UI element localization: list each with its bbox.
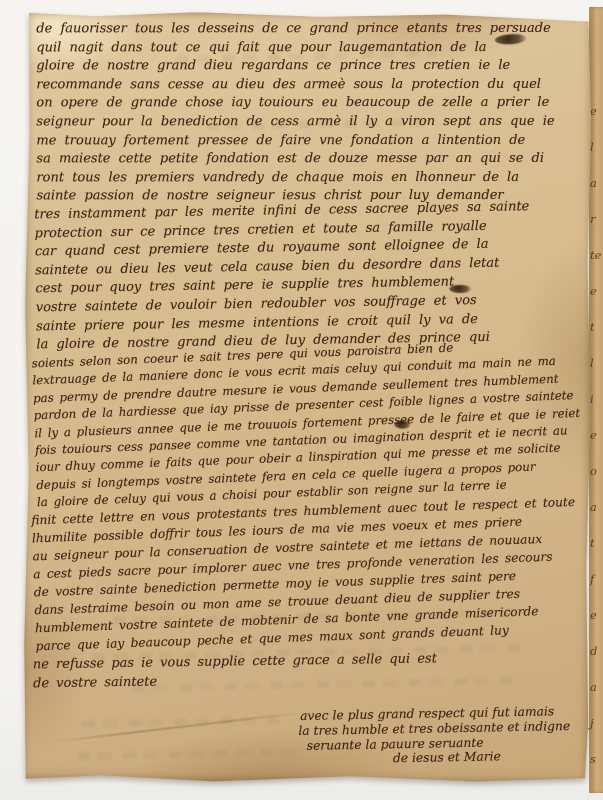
letter-closing-signature: avec le plus grand respect qui fut iamai…	[300, 704, 571, 768]
adjacent-page-text-fragments: e l a r te e t l i e o a t f e d a j s	[590, 93, 601, 777]
letter-paragraph-block: soients selon son coeur ie sait tres per…	[31, 334, 592, 511]
ink-blot	[394, 421, 410, 429]
letter-page: de fauorisser tous les desseins de ce gr…	[22, 11, 593, 783]
letter-paragraph-block: de fauorisser tous les desseins de ce gr…	[36, 20, 592, 206]
letter-paragraph-block: ne refusse pas ie vous supplie cette gra…	[33, 647, 590, 693]
manuscript-line: gloire de nostre grand dieu regardans ce…	[36, 57, 592, 76]
manuscript-line: seigneur pour la benediction de cess arm…	[36, 113, 592, 132]
letter-paragraph-block: finit cette lettre en vous protestants t…	[31, 493, 592, 656]
ink-blot	[449, 285, 471, 293]
ink-bleedthrough	[77, 748, 307, 760]
manuscript-line: recommande sans cesse au dieu des armeè …	[36, 76, 592, 95]
manuscript-scan: e l a r te e t l i e o a t f e d a j s d…	[0, 0, 603, 800]
manuscript-line: sa maieste cette petite fondation est de…	[36, 150, 592, 169]
letter-body: de fauorisser tous les desseins de ce gr…	[23, 11, 593, 697]
manuscript-line: ront tous les premiers vandredy de chaqu…	[36, 169, 592, 188]
letter-paragraph-block: tres instamment par les merite infini de…	[34, 197, 592, 355]
manuscript-line: on opere de grande chose iay touiours eu…	[36, 94, 592, 113]
manuscript-line: me trouuay fortement pressee de faire vn…	[36, 131, 592, 150]
signature-line: de iesus et Marie	[393, 748, 571, 766]
